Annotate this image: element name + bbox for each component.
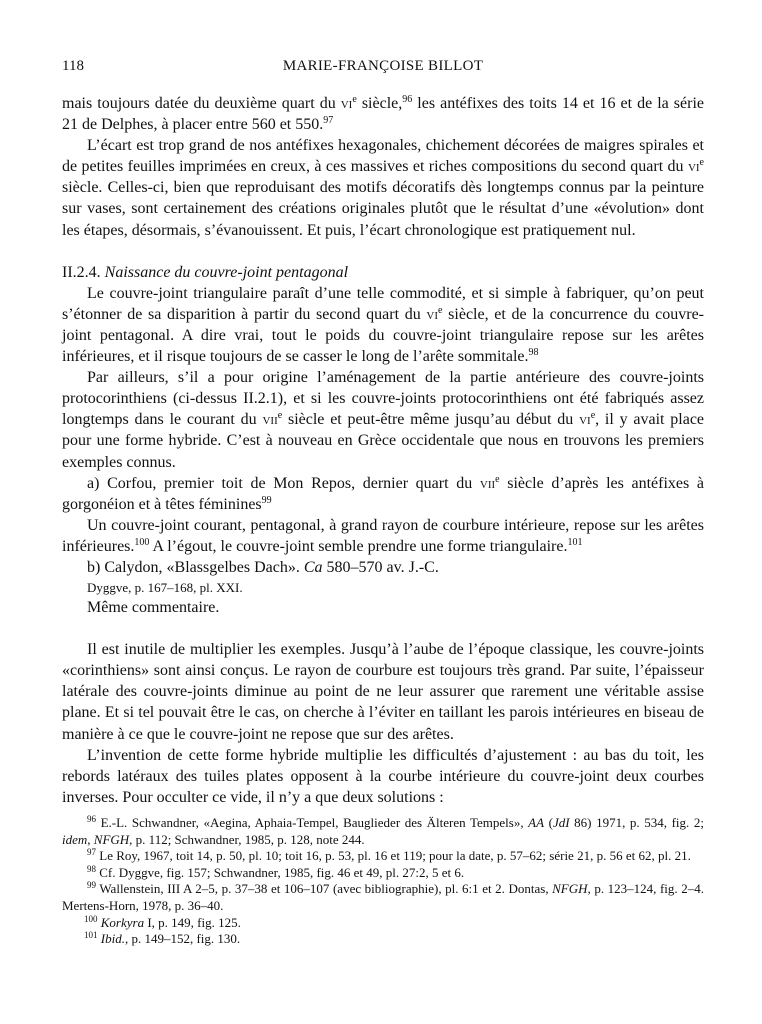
paragraph-couvre-joint-courant: Un couvre-joint courant, pentagonal, à g… bbox=[62, 515, 704, 557]
main-text: mais toujours datée du deuxième quart du… bbox=[62, 93, 704, 808]
example-a-corfou: a) Corfou, premier toit de Mon Repos, de… bbox=[62, 473, 704, 515]
footnote-96: 96 E.-L. Schwandner, «Aegina, Aphaia-Tem… bbox=[62, 815, 704, 848]
century-numeral: vi bbox=[579, 411, 591, 428]
paragraph-inutile: Il est inutile de multiplier les exemple… bbox=[62, 639, 704, 744]
paragraph-continuation: mais toujours datée du deuxième quart du… bbox=[62, 93, 704, 135]
century-numeral: vii bbox=[480, 475, 495, 492]
footnote-98: 98 Cf. Dyggve, fig. 157; Schwandner, 198… bbox=[62, 865, 704, 882]
paragraph-ecart: L’écart est trop grand de nos antéfixes … bbox=[62, 135, 704, 240]
century-numeral: vii bbox=[262, 411, 277, 428]
century-numeral: vi bbox=[341, 95, 353, 112]
paragraph-ailleurs: Par ailleurs, s’il a pour origine l’amén… bbox=[62, 367, 704, 472]
running-head-author: MARIE-FRANÇOISE BILLOT bbox=[62, 56, 704, 76]
reference-dyggve: Dyggve, p. 167–168, pl. XXI. bbox=[62, 578, 704, 597]
footnote-101: 101 Ibid., p. 149–152, fig. 130. bbox=[62, 931, 704, 948]
footnote-ref-99[interactable]: 99 bbox=[262, 495, 272, 506]
footnote-ref-97[interactable]: 97 bbox=[323, 115, 333, 126]
spacer bbox=[62, 618, 704, 639]
footnote-99: 99 Wallenstein, III A 2–5, p. 37–38 et 1… bbox=[62, 881, 704, 914]
running-header: 118 MARIE-FRANÇOISE BILLOT bbox=[62, 56, 704, 76]
century-numeral: vi bbox=[688, 158, 700, 175]
century-numeral: vi bbox=[426, 306, 438, 323]
footnotes: 96 E.-L. Schwandner, «Aegina, Aphaia-Tem… bbox=[62, 815, 704, 948]
footnote-ref-96[interactable]: 96 bbox=[402, 94, 412, 105]
section-heading: II.2.4. Naissance du couvre-joint pentag… bbox=[62, 262, 704, 283]
footnote-ref-100[interactable]: 100 bbox=[134, 537, 149, 548]
paragraph-triangulaire: Le couvre-joint triangulaire paraît d’un… bbox=[62, 283, 704, 367]
section-number: II.2.4. bbox=[62, 264, 105, 281]
footnote-ref-98[interactable]: 98 bbox=[529, 347, 539, 358]
section-title: Naissance du couvre-joint pentagonal bbox=[105, 264, 348, 281]
example-b-calydon: b) Calydon, «Blassgelbes Dach». Ca 580–5… bbox=[62, 557, 704, 578]
footnote-100: 100 Korkyra I, p. 149, fig. 125. bbox=[62, 915, 704, 932]
paragraph-meme-commentaire: Même commentaire. bbox=[62, 597, 704, 618]
paragraph-invention: L’invention de cette forme hybride multi… bbox=[62, 745, 704, 808]
footnote-97: 97 Le Roy, 1967, toit 14, p. 50, pl. 10;… bbox=[62, 848, 704, 865]
footnote-ref-101[interactable]: 101 bbox=[567, 537, 582, 548]
